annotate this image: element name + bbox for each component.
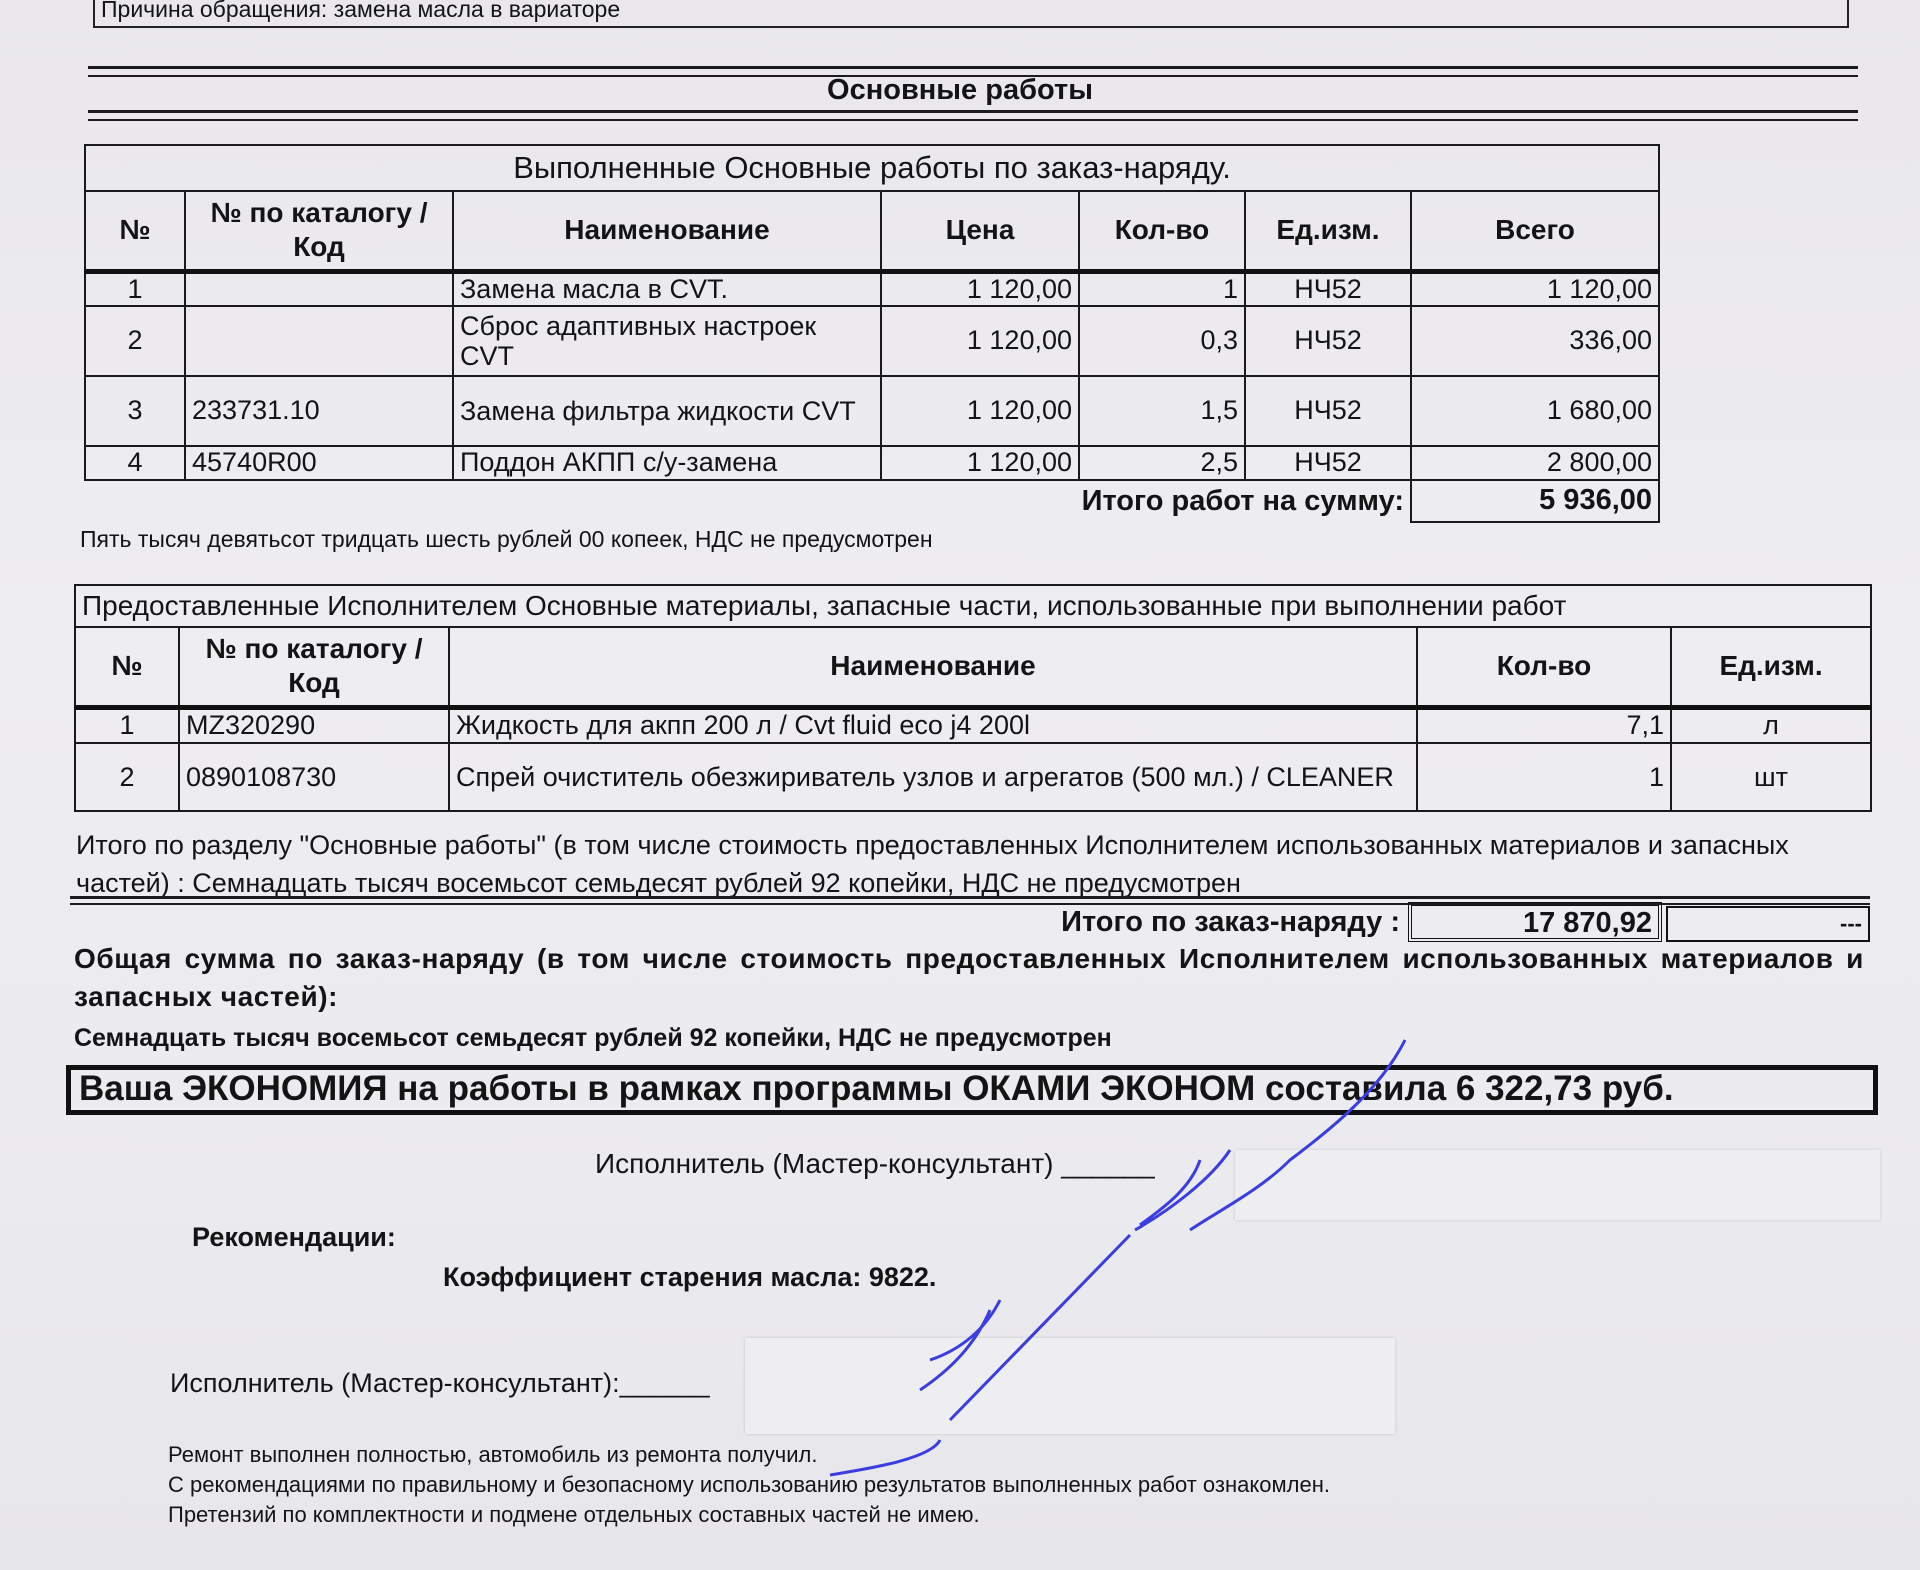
col-header-unit: Ед.изм. — [1671, 627, 1871, 707]
cell-price: 1 120,00 — [881, 446, 1079, 480]
col-header-code: № по каталогу / Код — [179, 627, 449, 707]
col-header-number: № — [75, 627, 179, 707]
section-title: Основные работы — [0, 74, 1920, 107]
works-total-label: Итого работ на сумму: — [85, 480, 1411, 522]
materials-caption: Предоставленные Исполнителем Основные ма… — [75, 585, 1871, 627]
cell-total: 336,00 — [1411, 306, 1659, 376]
grand-total-words: Семнадцать тысяч восемьсот семьдесят руб… — [74, 1024, 1112, 1053]
cell-unit: шт — [1671, 743, 1871, 811]
cell-name: Сброс адаптивных настроек CVT — [453, 306, 881, 376]
cell-total: 2 800,00 — [1411, 446, 1659, 480]
materials-caption-row: Предоставленные Исполнителем Основные ма… — [75, 585, 1871, 627]
cell-name: Жидкость для акпп 200 л / Cvt fluid eco … — [449, 707, 1417, 743]
col-header-unit: Ед.изм. — [1245, 191, 1411, 271]
redacted-name-2 — [745, 1338, 1395, 1434]
cell-code: 0890108730 — [179, 743, 449, 811]
works-caption: Выполненные Основные работы по заказ-нар… — [85, 145, 1659, 191]
cell-name: Замена масла в CVT. — [453, 271, 881, 306]
signature-1-label: Исполнитель (Мастер-консультант) ______ — [595, 1148, 1155, 1180]
col-header-code: № по каталогу / Код — [185, 191, 453, 271]
footer-statement: Ремонт выполнен полностью, автомобиль из… — [168, 1440, 1330, 1530]
cell-number: 2 — [75, 743, 179, 811]
works-total-row: Итого работ на сумму: 5 936,00 — [85, 480, 1659, 522]
divider — [88, 110, 1858, 121]
table-row: 4 45740R00 Поддон АКПП с/у-замена 1 120,… — [85, 446, 1659, 480]
works-table: Выполненные Основные работы по заказ-нар… — [84, 144, 1660, 523]
col-header-qty: Кол-во — [1079, 191, 1245, 271]
cell-qty: 1 — [1417, 743, 1671, 811]
works-total-value: 5 936,00 — [1411, 480, 1659, 522]
works-caption-row: Выполненные Основные работы по заказ-нар… — [85, 145, 1659, 191]
table-row: 1 Замена масла в CVT. 1 120,00 1 НЧ52 1 … — [85, 271, 1659, 306]
order-total-extra: --- — [1666, 906, 1870, 942]
cell-unit: НЧ52 — [1245, 271, 1411, 306]
section-summary: Итого по разделу "Основные работы" (в то… — [76, 826, 1836, 902]
col-header-number: № — [85, 191, 185, 271]
cell-number: 2 — [85, 306, 185, 376]
cell-unit: л — [1671, 707, 1871, 743]
cell-name: Замена фильтра жидкости CVT — [453, 376, 881, 446]
cell-unit: НЧ52 — [1245, 306, 1411, 376]
signature-2-label: Исполнитель (Мастер-консультант):______ — [170, 1368, 710, 1399]
recommendations-label: Рекомендации: — [192, 1222, 396, 1253]
footer-line: Ремонт выполнен полностью, автомобиль из… — [168, 1440, 1330, 1470]
cell-code: 45740R00 — [185, 446, 453, 480]
reason-field: Причина обращения: замена масла в вариат… — [93, 0, 1849, 28]
col-header-name: Наименование — [453, 191, 881, 271]
cell-total: 1 120,00 — [1411, 271, 1659, 306]
cell-name: Спрей очиститель обезжириватель узлов и … — [449, 743, 1417, 811]
cell-price: 1 120,00 — [881, 306, 1079, 376]
grand-total-heading: Общая сумма по заказ-наряду (в том числе… — [74, 940, 1864, 1016]
table-row: 2 0890108730 Спрей очиститель обезжирива… — [75, 743, 1871, 811]
works-header-row: № № по каталогу / Код Наименование Цена … — [85, 191, 1659, 271]
cell-price: 1 120,00 — [881, 271, 1079, 306]
cell-qty: 0,3 — [1079, 306, 1245, 376]
cell-qty: 2,5 — [1079, 446, 1245, 480]
cell-number: 1 — [85, 271, 185, 306]
materials-header-row: № № по каталогу / Код Наименование Кол-в… — [75, 627, 1871, 707]
cell-qty: 1,5 — [1079, 376, 1245, 446]
cell-code — [185, 306, 453, 376]
col-header-name: Наименование — [449, 627, 1417, 707]
cell-total: 1 680,00 — [1411, 376, 1659, 446]
col-header-price: Цена — [881, 191, 1079, 271]
works-total-words: Пять тысяч девятьсот тридцать шесть рубл… — [80, 526, 933, 553]
cell-code — [185, 271, 453, 306]
cell-code: MZ320290 — [179, 707, 449, 743]
col-header-qty: Кол-во — [1417, 627, 1671, 707]
table-row: 2 Сброс адаптивных настроек CVT 1 120,00… — [85, 306, 1659, 376]
cell-unit: НЧ52 — [1245, 376, 1411, 446]
cell-unit: НЧ52 — [1245, 446, 1411, 480]
cell-number: 4 — [85, 446, 185, 480]
cell-price: 1 120,00 — [881, 376, 1079, 446]
table-row: 3 233731.10 Замена фильтра жидкости CVT … — [85, 376, 1659, 446]
redacted-name-1 — [1235, 1150, 1880, 1220]
footer-line: Претензий по комплектности и подмене отд… — [168, 1500, 1330, 1530]
footer-line: С рекомендациями по правильному и безопа… — [168, 1470, 1330, 1500]
cell-qty: 7,1 — [1417, 707, 1671, 743]
recommendation-text: Коэффициент старения масла: 9822. — [443, 1262, 936, 1293]
cell-name: Поддон АКПП с/у-замена — [453, 446, 881, 480]
cell-number: 3 — [85, 376, 185, 446]
col-header-total: Всего — [1411, 191, 1659, 271]
cell-qty: 1 — [1079, 271, 1245, 306]
order-total-value: 17 870,92 — [1408, 902, 1662, 942]
cell-number: 1 — [75, 707, 179, 743]
materials-table: Предоставленные Исполнителем Основные ма… — [74, 584, 1872, 812]
table-row: 1 MZ320290 Жидкость для акпп 200 л / Cvt… — [75, 707, 1871, 743]
economy-banner: Ваша ЭКОНОМИЯ на работы в рамках програм… — [66, 1065, 1878, 1115]
cell-code: 233731.10 — [185, 376, 453, 446]
order-total-label: Итого по заказ-наряду : — [1000, 906, 1400, 939]
